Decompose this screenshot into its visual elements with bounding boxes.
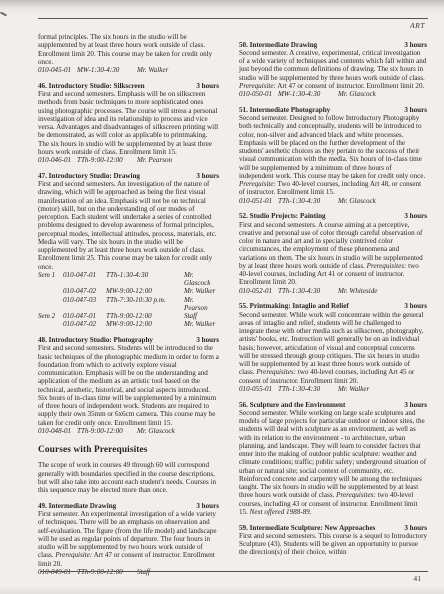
- schedule-row: 010-052-01TTh-1:30-4:30Mr. Whiteside: [239, 287, 427, 295]
- text-run: Next offered 1988-89.: [250, 508, 312, 516]
- course-description: First and second semesters. Students wil…: [38, 344, 219, 427]
- course-title: 56. Sculpture and the Environment: [239, 401, 345, 409]
- schedule-code: 010-047-01: [63, 312, 106, 320]
- schedule-row: 010-047-02MW-9:00-12:00Mr. Walker: [38, 287, 219, 295]
- course-hours: 3 hours: [404, 524, 427, 532]
- schedule-time: TTh-1:30-4:30: [278, 287, 338, 295]
- schedule-row: 010-046-01TTh-9:00-12:00Mr. Pearson: [38, 156, 219, 164]
- text-run: formal principles. The six hours in the …: [38, 33, 212, 66]
- footer-rule: [40, 571, 428, 572]
- schedule-time: TTh-9:00-12:00: [77, 156, 137, 164]
- schedule-time: TTh-9:00-12:00: [106, 312, 184, 320]
- schedule-row: 010-045-01MW-1:30-4:30Mr. Walker: [38, 66, 219, 74]
- text-run: Second semester. Designed to follow Intr…: [239, 114, 425, 180]
- schedule-row: Sem 1010-047-01TTh-1:30-4:30Mr. Glascock: [38, 271, 219, 288]
- schedule-block: Sem 1010-047-01TTh-1:30-4:30Mr. Glascock…: [38, 271, 219, 329]
- course-heading: 48. Introductory Studio: Photography3 ho…: [38, 336, 219, 344]
- text-run: The scope of work in courses 49 through …: [38, 461, 216, 494]
- catalog-page: ART formal principles. The six hours in …: [0, 0, 444, 594]
- schedule-code: 010-048-01: [38, 427, 77, 435]
- right-column: 50. Intermediate Drawing3 hoursSecond se…: [239, 33, 427, 557]
- schedule-instructor: Mr. Glascock: [137, 427, 219, 435]
- course-hours: 3 hours: [196, 336, 219, 344]
- page-number: 41: [38, 574, 421, 583]
- schedule-semester: [38, 296, 63, 313]
- schedule-instructor: Mr. Walker: [338, 385, 427, 393]
- schedule-code: 010-052-01: [239, 287, 278, 295]
- schedule-time: TTh-7:30-10:30 p.m.: [106, 296, 184, 313]
- course-hours: 3 hours: [404, 302, 427, 310]
- schedule-block: 010-048-01TTh-9:00-12:00Mr. Glascock: [38, 427, 219, 435]
- schedule-block: 010-050-01MW-1:30-4:30Mr. Glascock: [239, 90, 427, 98]
- schedule-code: 010-047-03: [63, 296, 106, 313]
- schedule-row: 010-050-01MW-1:30-4:30Mr. Glascock: [239, 90, 427, 98]
- text-run: First and second semesters. This course …: [239, 532, 427, 557]
- course-hours: 3 hours: [196, 82, 219, 90]
- course-heading: 52. Studio Projects: Painting3 hours: [239, 212, 427, 220]
- schedule-row: 010-051-01TTh-1:30-4:30Mr. Glascock: [239, 197, 427, 205]
- schedule-block: 010-045-01MW-1:30-4:30Mr. Walker: [38, 66, 219, 74]
- text-run: Prerequisite:: [239, 180, 276, 188]
- text-run: Prerequisite:: [55, 551, 92, 559]
- schedule-semester: Sem 2: [38, 312, 63, 320]
- schedule-code: 010-045-01: [38, 66, 77, 74]
- course-description: First and second semesters. A course aim…: [239, 221, 427, 287]
- course-title: 59. Intermediate Sculpture: New Approach…: [239, 524, 375, 532]
- text-run: Second semester. While work will concent…: [239, 311, 423, 377]
- course-title: 52. Studio Projects: Painting: [239, 212, 326, 220]
- course-hours: 3 hours: [404, 401, 427, 409]
- schedule-instructor: Mr. Pearson: [137, 156, 219, 164]
- course-hours: 3 hours: [196, 172, 219, 180]
- course-description: First and second semesters. Emphasis wil…: [38, 90, 219, 156]
- schedule-instructor: Staff: [184, 312, 219, 320]
- course-heading: 55. Printmaking: Intaglio and Relief3 ho…: [239, 302, 427, 310]
- text-run: Art 47 or consent of instructor. Enrollm…: [276, 82, 424, 90]
- schedule-block: 010-051-01TTh-1:30-4:30Mr. Glascock: [239, 197, 427, 205]
- course-heading: 56. Sculpture and the Environment3 hours: [239, 401, 427, 409]
- course-description: The scope of work in courses 49 through …: [38, 461, 219, 494]
- text-run: Second semester. While working on large …: [239, 409, 426, 500]
- schedule-code: 010-055-01: [239, 385, 278, 393]
- schedule-code: 010-047-02: [63, 320, 106, 328]
- course-description: First and second semesters. This course …: [239, 532, 427, 557]
- page-header-art: ART: [38, 21, 425, 30]
- schedule-time: TTh-9:00-12:00: [77, 427, 137, 435]
- text-run: First and second semesters. Students wil…: [38, 344, 219, 426]
- text-run: Prerequisites:: [367, 262, 407, 270]
- schedule-time: MW-1:30-4:30: [77, 66, 137, 74]
- text-run: Prerequisites:: [256, 368, 296, 376]
- schedule-time: TTh-1:30-4:30: [278, 197, 338, 205]
- schedule-instructor: Mr. Glascock: [338, 197, 427, 205]
- text-run: First and second semesters. An investiga…: [38, 180, 217, 271]
- course-description: Second semester. Designed to follow Intr…: [239, 114, 427, 197]
- schedule-instructor: Mr. Whiteside: [338, 287, 427, 295]
- course-title: 47. Introductory Studio: Drawing: [38, 172, 140, 180]
- schedule-instructor: Mr. Walker: [184, 320, 219, 328]
- text-run: Prerequisites:: [336, 491, 376, 499]
- schedule-row: Sem 2010-047-01TTh-9:00-12:00Staff: [38, 312, 219, 320]
- schedule-instructor: Mr. Walker: [184, 287, 219, 295]
- text-run: Second semester. A creative, experimenta…: [239, 49, 426, 82]
- schedule-code: 010-046-01: [38, 156, 77, 164]
- schedule-code: 010-047-01: [63, 271, 106, 288]
- schedule-semester: [38, 320, 63, 328]
- course-description: formal principles. The six hours in the …: [38, 33, 219, 66]
- schedule-time: MW-9:00-12:00: [106, 320, 184, 328]
- course-heading: 50. Intermediate Drawing3 hours: [239, 41, 427, 49]
- course-title: 49. Intermediate Drawing: [38, 502, 116, 510]
- course-hours: 3 hours: [404, 212, 427, 220]
- schedule-time: TTh-1:30-4:30: [278, 385, 338, 393]
- course-description: First and second semesters. An investiga…: [38, 180, 219, 271]
- left-column: formal principles. The six hours in the …: [38, 33, 219, 576]
- course-heading: 47. Introductory Studio: Drawing3 hours: [38, 172, 219, 180]
- schedule-block: 010-055-01TTh-1:30-4:30Mr. Walker: [239, 385, 427, 393]
- course-description: Second semester. While working on large …: [239, 409, 427, 516]
- schedule-row: 010-048-01TTh-9:00-12:00Mr. Glascock: [38, 427, 219, 435]
- course-title: 50. Intermediate Drawing: [239, 41, 317, 49]
- course-description: First semester. An experimental investig…: [38, 510, 219, 568]
- text-run: Prerequisite:: [239, 82, 276, 90]
- schedule-time: MW-9:00-12:00: [106, 287, 184, 295]
- course-description: Second semester. A creative, experimenta…: [239, 49, 427, 90]
- course-heading: 59. Intermediate Sculpture: New Approach…: [239, 524, 427, 532]
- course-title: 51. Intermediate Photography: [239, 106, 330, 114]
- schedule-block: 010-046-01TTh-9:00-12:00Mr. Pearson: [38, 156, 219, 164]
- text-run: First and second semesters. Emphasis wil…: [38, 90, 218, 156]
- schedule-row: 010-047-02MW-9:00-12:00Mr. Walker: [38, 320, 219, 328]
- course-title: 48. Introductory Studio: Photography: [38, 336, 153, 344]
- schedule-semester: [38, 287, 63, 295]
- schedule-code: 010-050-01: [239, 90, 278, 98]
- schedule-time: MW-1:30-4:30: [278, 90, 338, 98]
- header-rule: [38, 18, 428, 19]
- course-heading: 46. Introductory Studio: Silkscreen3 hou…: [38, 82, 219, 90]
- course-hours: 3 hours: [196, 502, 219, 510]
- course-hours: 3 hours: [404, 106, 427, 114]
- schedule-instructor: Mr. Glascock: [338, 90, 427, 98]
- schedule-instructor: Mr. Walker: [137, 66, 219, 74]
- course-description: Second semester. While work will concent…: [239, 311, 427, 385]
- schedule-row: 010-055-01TTh-1:30-4:30Mr. Walker: [239, 385, 427, 393]
- course-title: 55. Printmaking: Intaglio and Relief: [239, 302, 349, 310]
- schedule-block: 010-052-01TTh-1:30-4:30Mr. Whiteside: [239, 287, 427, 295]
- schedule-code: 010-047-02: [63, 287, 106, 295]
- schedule-semester: Sem 1: [38, 271, 63, 288]
- scan-top-shade: [0, 0, 444, 14]
- course-title: 46. Introductory Studio: Silkscreen: [38, 82, 145, 90]
- schedule-code: 010-051-01: [239, 197, 278, 205]
- scan-bottom-shade: [0, 586, 444, 594]
- schedule-row: 010-047-03TTh-7:30-10:30 p.m.Mr. Pearson: [38, 296, 219, 313]
- schedule-instructor: Mr. Glascock: [184, 271, 219, 288]
- course-heading: 49. Intermediate Drawing3 hours: [38, 502, 219, 510]
- schedule-time: TTh-1:30-4:30: [106, 271, 184, 288]
- schedule-instructor: Mr. Pearson: [184, 296, 219, 313]
- course-hours: 3 hours: [404, 41, 427, 49]
- section-heading: Courses with Prerequisites: [38, 446, 219, 454]
- course-heading: 51. Intermediate Photography3 hours: [239, 106, 427, 114]
